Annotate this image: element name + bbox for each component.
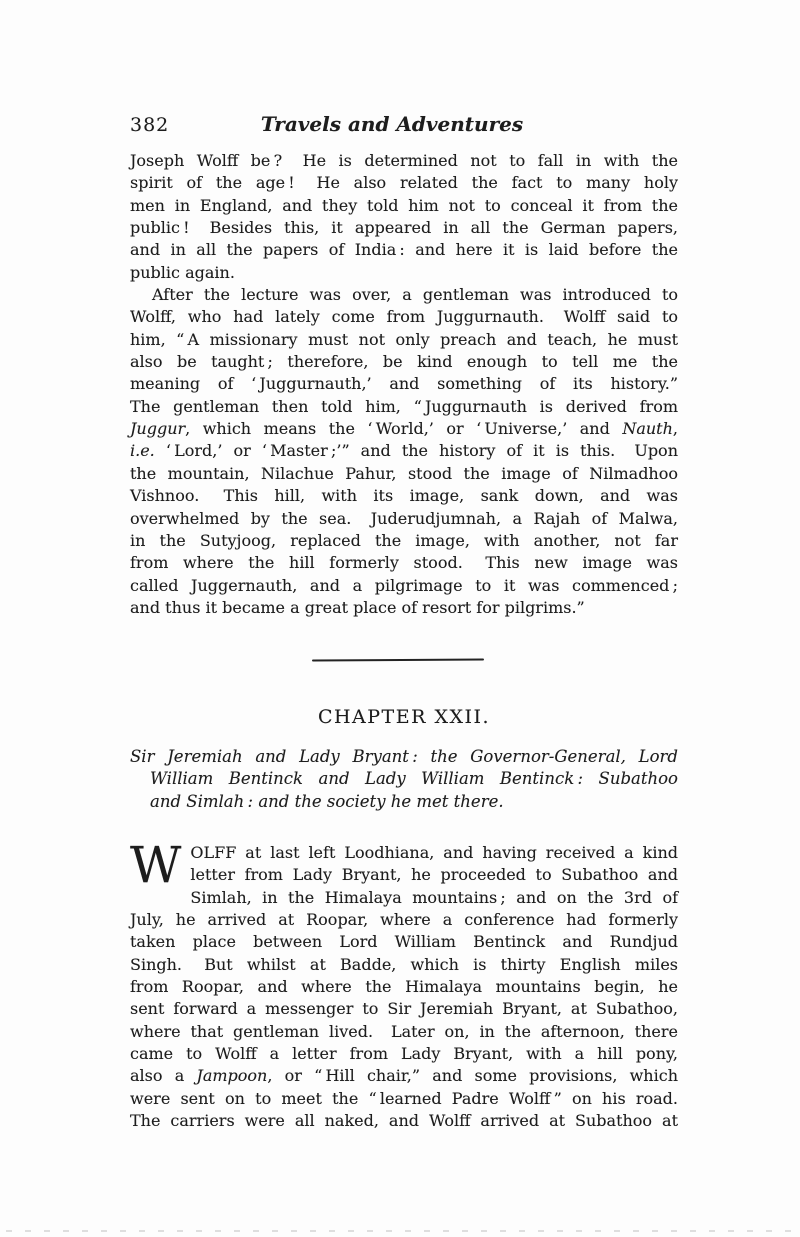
text-run: men in England, and they told him not to… [130,196,678,215]
paragraph: After the lecture was over, a gentleman … [130,284,678,619]
text-line: Singh. But whilst at Badde, which is thi… [130,954,678,976]
text-line: were sent on to meet the “ learned Padre… [130,1088,678,1110]
italic-text: Juggur [130,419,185,438]
paragraph: Joseph Wolff be ? He is determined not t… [130,150,678,284]
page-header: 382 Travels and Adventures [130,112,678,140]
chapter-subtitle: Sir Jeremiah and Lady Bryant : the Gover… [130,746,678,813]
text-line: and thus it became a great place of reso… [130,597,678,619]
text-line: where that gentleman lived. Later on, in… [130,1021,678,1043]
text-run: , which means the ‘ World,’ or ‘ Univers… [185,419,622,438]
text-run: OLFF at last left Loodhiana, and having … [190,843,678,862]
text-run: letter from Lady Bryant, he proceeded to… [190,865,678,884]
text-run: , or “ Hill chair,” and some provisions,… [267,1066,678,1085]
text-run: called Juggernauth, and a pilgrimage to … [130,576,678,595]
text-line: taken place between Lord William Bentinc… [130,931,678,953]
text-line: Wolff, who had lately come from Juggurna… [130,306,678,328]
text-run: Joseph Wolff be ? He is determined not t… [130,151,678,170]
text-line: him, “ A missionary must not only preach… [130,329,678,351]
text-line: meaning of ‘ Juggurnauth,’ and something… [130,373,678,395]
text-line: public ! Besides this, it appeared in al… [130,217,678,239]
text-line: July, he arrived at Roopar, where a conf… [130,909,678,931]
text-run: where that gentleman lived. Later on, in… [130,1022,678,1041]
text-line: called Juggernauth, and a pilgrimage to … [130,575,678,597]
text-line: Vishnoo. This hill, with its image, sank… [130,485,678,507]
text-run: Simlah, in the Himalaya mountains ; and … [190,888,678,907]
text-run: taken place between Lord William Bentinc… [130,932,678,951]
text-run: , [673,419,678,438]
text-line: and Simlah : and the society he met ther… [130,791,678,813]
text-line: letter from Lady Bryant, he proceeded to… [130,864,678,886]
text-run: spirit of the age ! He also related the … [130,173,678,192]
text-run: July, he arrived at Roopar, where a conf… [130,910,678,929]
text-line: in the Sutyjoog, replaced the image, wit… [130,530,678,552]
chapter-heading: CHAPTER XXII. [130,706,678,728]
text-line: from where the hill formerly stood. This… [130,552,678,574]
text-line: from Roopar, and where the Himalaya moun… [130,976,678,998]
text-line: Sir Jeremiah and Lady Bryant : the Gover… [130,746,678,768]
scan-artifact-dashes [6,1230,794,1232]
italic-text: i.e. [130,441,155,460]
text-run: After the lecture was over, a gentleman … [152,285,678,304]
text-run: and Simlah : and the society he met ther… [150,792,504,811]
text-line: Joseph Wolff be ? He is determined not t… [130,150,678,172]
text-line: The gentleman then told him, “ Juggurnau… [130,396,678,418]
text-run: sent forward a messenger to Sir Jeremiah… [130,999,678,1018]
text-run: from where the hill formerly stood. This… [130,553,678,572]
text-line: Simlah, in the Himalaya mountains ; and … [130,887,678,909]
text-run: meaning of ‘ Juggurnauth,’ and something… [130,374,678,393]
text-line: public again. [130,262,678,284]
text-line: came to Wolff a letter from Lady Bryant,… [130,1043,678,1065]
text-line: men in England, and they told him not to… [130,195,678,217]
book-page: 382 Travels and Adventures Joseph Wolff … [0,0,800,1237]
running-title: Travels and Adventures [118,112,666,136]
italic-text: Jampoon [196,1066,267,1085]
text-run: and in all the papers of India : and her… [130,240,678,259]
italic-text: Nauth [622,419,673,438]
text-line: also be taught ; therefore, be kind enou… [130,351,678,373]
text-run: Sir Jeremiah and Lady Bryant : the Gover… [130,747,678,766]
section-divider-rule [312,659,484,662]
text-run: overwhelmed by the sea. Juderudjumnah, a… [130,509,678,528]
text-run: also a [130,1066,196,1085]
text-line: William Bentinck and Lady William Bentin… [130,768,678,790]
text-run: in the Sutyjoog, replaced the image, wit… [130,531,678,550]
text-line: The carriers were all naked, and Wolff a… [130,1110,678,1132]
text-line: Juggur, which means the ‘ World,’ or ‘ U… [130,418,678,440]
text-run: and thus it became a great place of reso… [130,598,585,617]
drop-cap-letter: W [130,843,181,887]
text-run: William Bentinck and Lady William Bentin… [150,769,678,788]
text-run: the mountain, Nilachue Pahur, stood the … [130,464,678,483]
text-run: The carriers were all naked, and Wolff a… [130,1111,678,1130]
text-run: came to Wolff a letter from Lady Bryant,… [130,1044,678,1063]
text-line: After the lecture was over, a gentleman … [130,284,678,306]
text-run: public ! Besides this, it appeared in al… [130,218,678,237]
text-run: public again. [130,263,235,282]
text-line: the mountain, Nilachue Pahur, stood the … [130,463,678,485]
text-line: sent forward a messenger to Sir Jeremiah… [130,998,678,1020]
text-run: from Roopar, and where the Himalaya moun… [130,977,678,996]
text-run: Singh. But whilst at Badde, which is thi… [130,955,678,974]
text-run: ‘ Lord,’ or ‘ Master ;’” and the history… [155,441,678,460]
text-run: were sent on to meet the “ learned Padre… [130,1089,678,1108]
text-run: him, “ A missionary must not only preach… [130,330,678,349]
chapter-opening-paragraph: WOLFF at last left Loodhiana, and having… [130,842,678,1132]
text-run: The gentleman then told him, “ Juggurnau… [130,397,678,416]
text-line: also a Jampoon, or “ Hill chair,” and so… [130,1065,678,1087]
text-run: Vishnoo. This hill, with its image, sank… [130,486,678,505]
body-text: Joseph Wolff be ? He is determined not t… [130,150,678,619]
text-run: also be taught ; therefore, be kind enou… [130,352,678,371]
text-line: i.e. ‘ Lord,’ or ‘ Master ;’” and the hi… [130,440,678,462]
text-line: overwhelmed by the sea. Juderudjumnah, a… [130,508,678,530]
text-line: OLFF at last left Loodhiana, and having … [130,842,678,864]
text-line: and in all the papers of India : and her… [130,239,678,261]
text-run: Wolff, who had lately come from Juggurna… [130,307,678,326]
text-line: spirit of the age ! He also related the … [130,172,678,194]
